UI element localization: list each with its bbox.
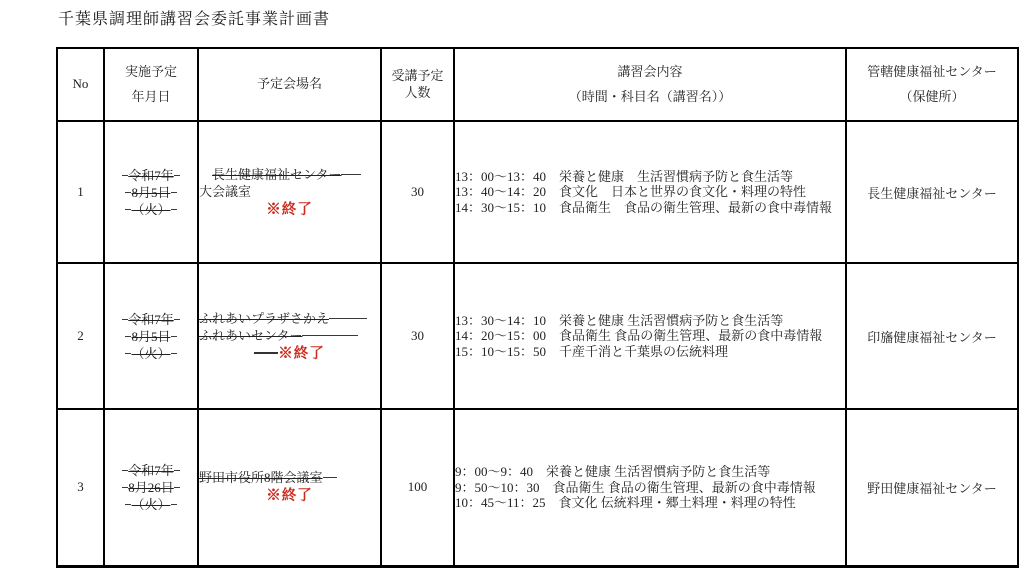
lecture-line: 14：30～15：10 食品衛生 食品の衛生管理、最新の食中毒情報 <box>455 200 845 216</box>
col-header-count: 受講予定 人数 <box>381 48 454 121</box>
cell-health-center: 野田健康福祉センター <box>846 409 1018 566</box>
cell-content: 13：30～14：10 栄養と健康 生活習慣病予防と食生活等 14：20～15：… <box>454 263 846 409</box>
table-row: 2 令和7年 8月5日 （火） ふれあいプラザさかえ ふれあいセンター ※終了 … <box>57 263 1018 409</box>
status-ended: ※終了 <box>266 202 313 218</box>
lecture-line: 13：30～14：10 栄養と健康 生活習慣病予防と食生活等 <box>455 313 845 329</box>
col-header-content: 講習会内容 （時間・科目名（講習名）） <box>454 48 846 121</box>
cell-count: 30 <box>381 263 454 409</box>
col-header-no: No <box>57 48 104 121</box>
document-page: 千葉県調理師講習会委託事業計画書 No 実施予定 年月日 予定会場名 受講予定 … <box>0 0 1024 572</box>
cell-date: 令和7年 8月26日 （火） <box>104 409 198 566</box>
status-ended: ※終了 <box>266 488 313 504</box>
cell-no: 3 <box>57 409 104 566</box>
cell-date: 令和7年 8月5日 （火） <box>104 121 198 263</box>
col-header-center: 管轄健康福祉センター （保健所） <box>846 48 1018 121</box>
header-row: No 実施予定 年月日 予定会場名 受講予定 人数 講習会内容 （時間・科目名（… <box>57 48 1018 121</box>
col-header-date: 実施予定 年月日 <box>104 48 198 121</box>
training-plan-table: No 実施予定 年月日 予定会場名 受講予定 人数 講習会内容 （時間・科目名（… <box>56 47 1019 568</box>
col-header-venue: 予定会場名 <box>198 48 381 121</box>
cell-no: 2 <box>57 263 104 409</box>
lecture-line: 10：45～11：25 食文化 伝統料理・郷土料理・料理の特性 <box>455 495 845 511</box>
cell-content: 9：00～9：40 栄養と健康 生活習慣病予防と食生活等 9：50～10：30 … <box>454 409 846 566</box>
status-ended: ※終了 <box>278 346 325 362</box>
lecture-line: 13：40～14：20 食文化 日本と世界の食文化・料理の特性 <box>455 184 845 200</box>
cell-venue: ふれあいプラザさかえ ふれあいセンター ※終了 <box>198 263 381 409</box>
table-row: 3 令和7年 8月26日 （火） 野田市役所8階会議室 ※終了 100 9：00… <box>57 409 1018 566</box>
cell-no: 1 <box>57 121 104 263</box>
lecture-line: 9：50～10：30 食品衛生 食品の衛生管理、最新の食中毒情報 <box>455 480 845 496</box>
lecture-line: 9：00～9：40 栄養と健康 生活習慣病予防と食生活等 <box>455 464 845 480</box>
page-title: 千葉県調理師講習会委託事業計画書 <box>58 6 330 29</box>
cell-venue: 長生健康福祉センター 大会議室 ※終了 <box>198 121 381 263</box>
table-row: 1 令和7年 8月5日 （火） 長生健康福祉センター 大会議室 ※終了 30 1… <box>57 121 1018 263</box>
cell-date: 令和7年 8月5日 （火） <box>104 263 198 409</box>
lecture-line: 15：10～15：50 千産千消と千葉県の伝統料理 <box>455 344 845 360</box>
cell-count: 100 <box>381 409 454 566</box>
cell-health-center: 印旛健康福祉センター <box>846 263 1018 409</box>
lecture-line: 14：20～15：00 食品衛生 食品の衛生管理、最新の食中毒情報 <box>455 328 845 344</box>
cell-venue: 野田市役所8階会議室 ※終了 <box>198 409 381 566</box>
cell-content: 13：00～13：40 栄養と健康 生活習慣病予防と食生活等 13：40～14：… <box>454 121 846 263</box>
lecture-line: 13：00～13：40 栄養と健康 生活習慣病予防と食生活等 <box>455 169 845 185</box>
cell-health-center: 長生健康福祉センター <box>846 121 1018 263</box>
cell-count: 30 <box>381 121 454 263</box>
strike-line <box>254 352 278 354</box>
